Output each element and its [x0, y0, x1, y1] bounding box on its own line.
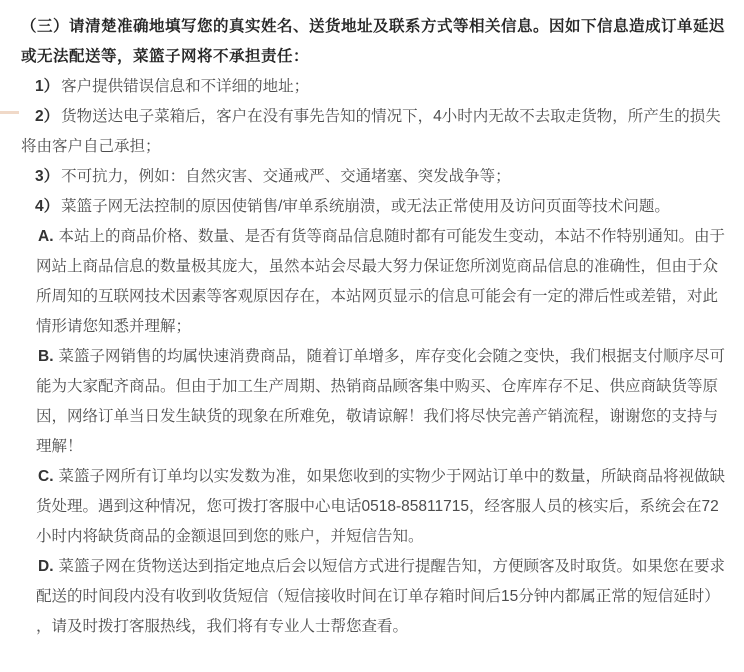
numbered-item-1-text: 客户提供错误信息和不详细的地址； — [61, 78, 309, 95]
lettered-item-d-marker: D. — [38, 558, 54, 575]
lettered-item-b-text: 菜篮子网销售的均属快速消费商品，随着订单增多，库存变化会随之变快，我们根据支付顺… — [36, 348, 725, 455]
lettered-item-b-marker: B. — [38, 348, 54, 365]
numbered-item-4-marker: 4） — [35, 198, 59, 215]
numbered-item-4-text: 菜篮子网无法控制的原因使销售/审单系统崩溃，或无法正常使用及访问页面等技术问题。 — [61, 198, 670, 215]
numbered-item-3-text: 不可抗力，例如：自然灾害、交通戒严、交通堵塞、突发战争等； — [61, 168, 511, 185]
numbered-item-3: 3）不可抗力，例如：自然灾害、交通戒严、交通堵塞、突发战争等； — [21, 162, 726, 192]
numbered-item-2: 2）货物送达电子菜箱后，客户在没有事先告知的情况下，4小时内无故不去取走货物，所… — [21, 102, 726, 162]
lettered-item-c-text: 菜篮子网所有订单均以实发数为准，如果您收到的实物少于网站订单中的数量，所缺商品将… — [36, 468, 725, 545]
notice-heading: （三）请清楚准确地填写您的真实姓名、送货地址及联系方式等相关信息。因如下信息造成… — [21, 12, 726, 72]
lettered-item-a-marker: A. — [38, 228, 54, 245]
lettered-item-a: A.本站上的商品价格、数量、是否有货等商品信息随时都有可能发生变动，本站不作特别… — [36, 222, 726, 342]
left-edge-artifact-line — [0, 111, 19, 114]
terms-notice-section: （三）请清楚准确地填写您的真实姓名、送货地址及联系方式等相关信息。因如下信息造成… — [21, 12, 726, 642]
lettered-item-c-marker: C. — [38, 468, 54, 485]
numbered-item-2-text: 货物送达电子菜箱后，客户在没有事先告知的情况下，4小时内无故不去取走货物，所产生… — [21, 108, 721, 155]
numbered-item-4: 4）菜篮子网无法控制的原因使销售/审单系统崩溃，或无法正常使用及访问页面等技术问… — [21, 192, 726, 222]
lettered-item-c: C.菜篮子网所有订单均以实发数为准，如果您收到的实物少于网站订单中的数量，所缺商… — [36, 462, 726, 552]
numbered-item-1-marker: 1） — [35, 78, 59, 95]
lettered-item-b: B.菜篮子网销售的均属快速消费商品，随着订单增多，库存变化会随之变快，我们根据支… — [36, 342, 726, 462]
notice-page: （三）请清楚准确地填写您的真实姓名、送货地址及联系方式等相关信息。因如下信息造成… — [0, 0, 744, 672]
lettered-item-d: D.菜篮子网在货物送达到指定地点后会以短信方式进行提醒告知，方便顾客及时取货。如… — [36, 552, 726, 642]
numbered-item-3-marker: 3） — [35, 168, 59, 185]
numbered-item-2-marker: 2） — [35, 108, 59, 125]
lettered-item-d-text: 菜篮子网在货物送达到指定地点后会以短信方式进行提醒告知，方便顾客及时取货。如果您… — [36, 558, 725, 635]
numbered-item-1: 1）客户提供错误信息和不详细的地址； — [21, 72, 726, 102]
lettered-item-a-text: 本站上的商品价格、数量、是否有货等商品信息随时都有可能发生变动，本站不作特别通知… — [36, 228, 725, 335]
